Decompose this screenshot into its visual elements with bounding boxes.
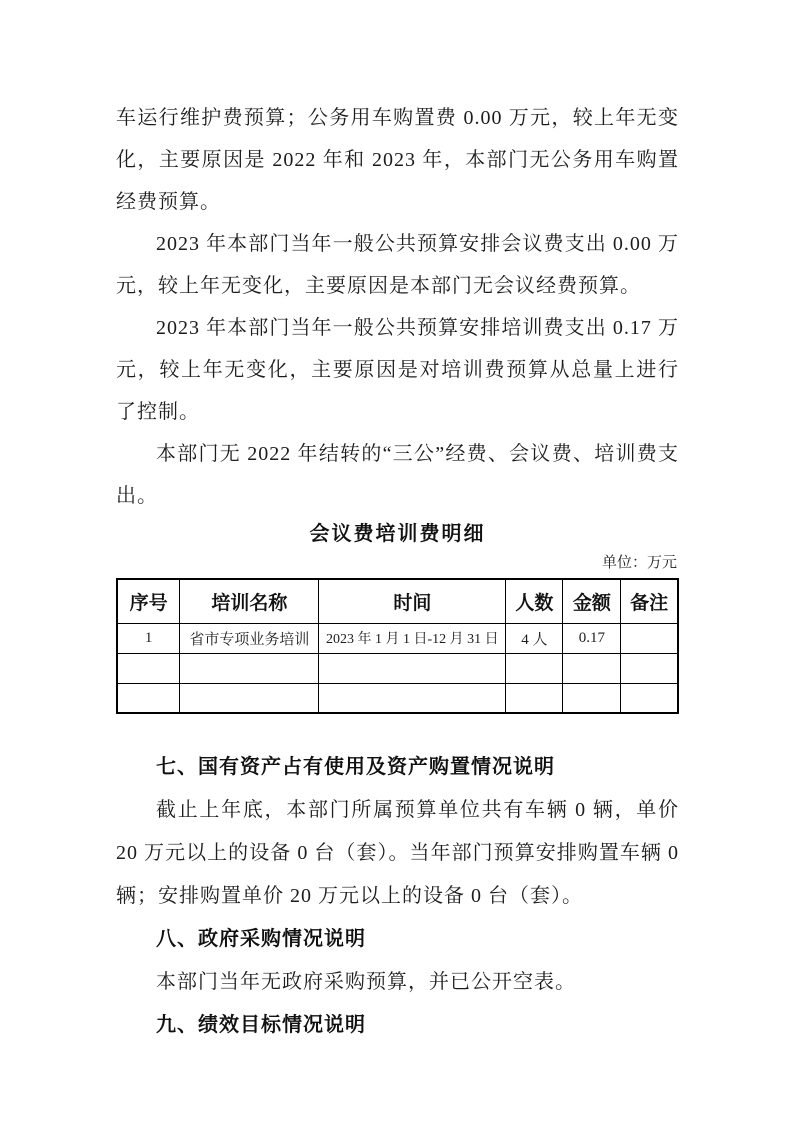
table-cell: 0.17: [563, 623, 621, 653]
table-header-cell: 金额: [563, 579, 621, 623]
table-cell: [117, 653, 180, 683]
table-cell: [506, 653, 563, 683]
table-cell: [180, 653, 319, 683]
table-row: 1 省市专项业务培训 2023 年 1 月 1 日-12 月 31 日 4 人 …: [117, 623, 678, 653]
table-row: [117, 683, 678, 713]
table-cell: [319, 653, 506, 683]
table-cell: [563, 683, 621, 713]
table-header-cell: 人数: [506, 579, 563, 623]
table-cell: 2023 年 1 月 1 日-12 月 31 日: [319, 623, 506, 653]
table-cell: [180, 683, 319, 713]
table-cell: [621, 683, 678, 713]
table-row: [117, 653, 678, 683]
section-body-7: 截止上年底，本部门所属预算单位共有车辆 0 辆，单价 20 万元以上的设备 0 …: [116, 789, 679, 918]
page-content: 车运行维护费预算；公务用车购置费 0.00 万元，较上年无变化，主要原因是 20…: [0, 0, 793, 1047]
training-fee-table: 序号 培训名称 时间 人数 金额 备注 1 省市专项业务培训 2023 年 1 …: [116, 578, 679, 714]
table-cell: [117, 683, 180, 713]
unit-label: 单位：万元: [116, 551, 679, 575]
section-heading-9: 九、绩效目标情况说明: [116, 1004, 679, 1047]
table-header-cell: 时间: [319, 579, 506, 623]
body-paragraph: 车运行维护费预算；公务用车购置费 0.00 万元，较上年无变化，主要原因是 20…: [116, 97, 679, 223]
table-header-cell: 培训名称: [180, 579, 319, 623]
table-cell: [319, 683, 506, 713]
table-cell: [621, 653, 678, 683]
section-body-8: 本部门当年无政府采购预算，并已公开空表。: [116, 961, 679, 1004]
table-cell: 4 人: [506, 623, 563, 653]
table-title: 会议费培训费明细: [116, 517, 679, 551]
body-paragraph: 2023 年本部门当年一般公共预算安排会议费支出 0.00 万元，较上年无变化，…: [116, 223, 679, 307]
table-cell: [621, 623, 678, 653]
table-cell: 1: [117, 623, 180, 653]
table-cell: [506, 683, 563, 713]
table-header-cell: 序号: [117, 579, 180, 623]
section-heading-8: 八、政府采购情况说明: [116, 918, 679, 961]
section-heading-7: 七、国有资产占有使用及资产购置情况说明: [116, 746, 679, 789]
body-paragraph: 本部门无 2022 年结转的“三公”经费、会议费、培训费支出。: [116, 433, 679, 517]
table-cell: 省市专项业务培训: [180, 623, 319, 653]
table-cell: [563, 653, 621, 683]
table-header-cell: 备注: [621, 579, 678, 623]
table-header-row: 序号 培训名称 时间 人数 金额 备注: [117, 579, 678, 623]
document-page: 车运行维护费预算；公务用车购置费 0.00 万元，较上年无变化，主要原因是 20…: [0, 0, 793, 1122]
body-paragraph: 2023 年本部门当年一般公共预算安排培训费支出 0.17 万元，较上年无变化，…: [116, 307, 679, 433]
